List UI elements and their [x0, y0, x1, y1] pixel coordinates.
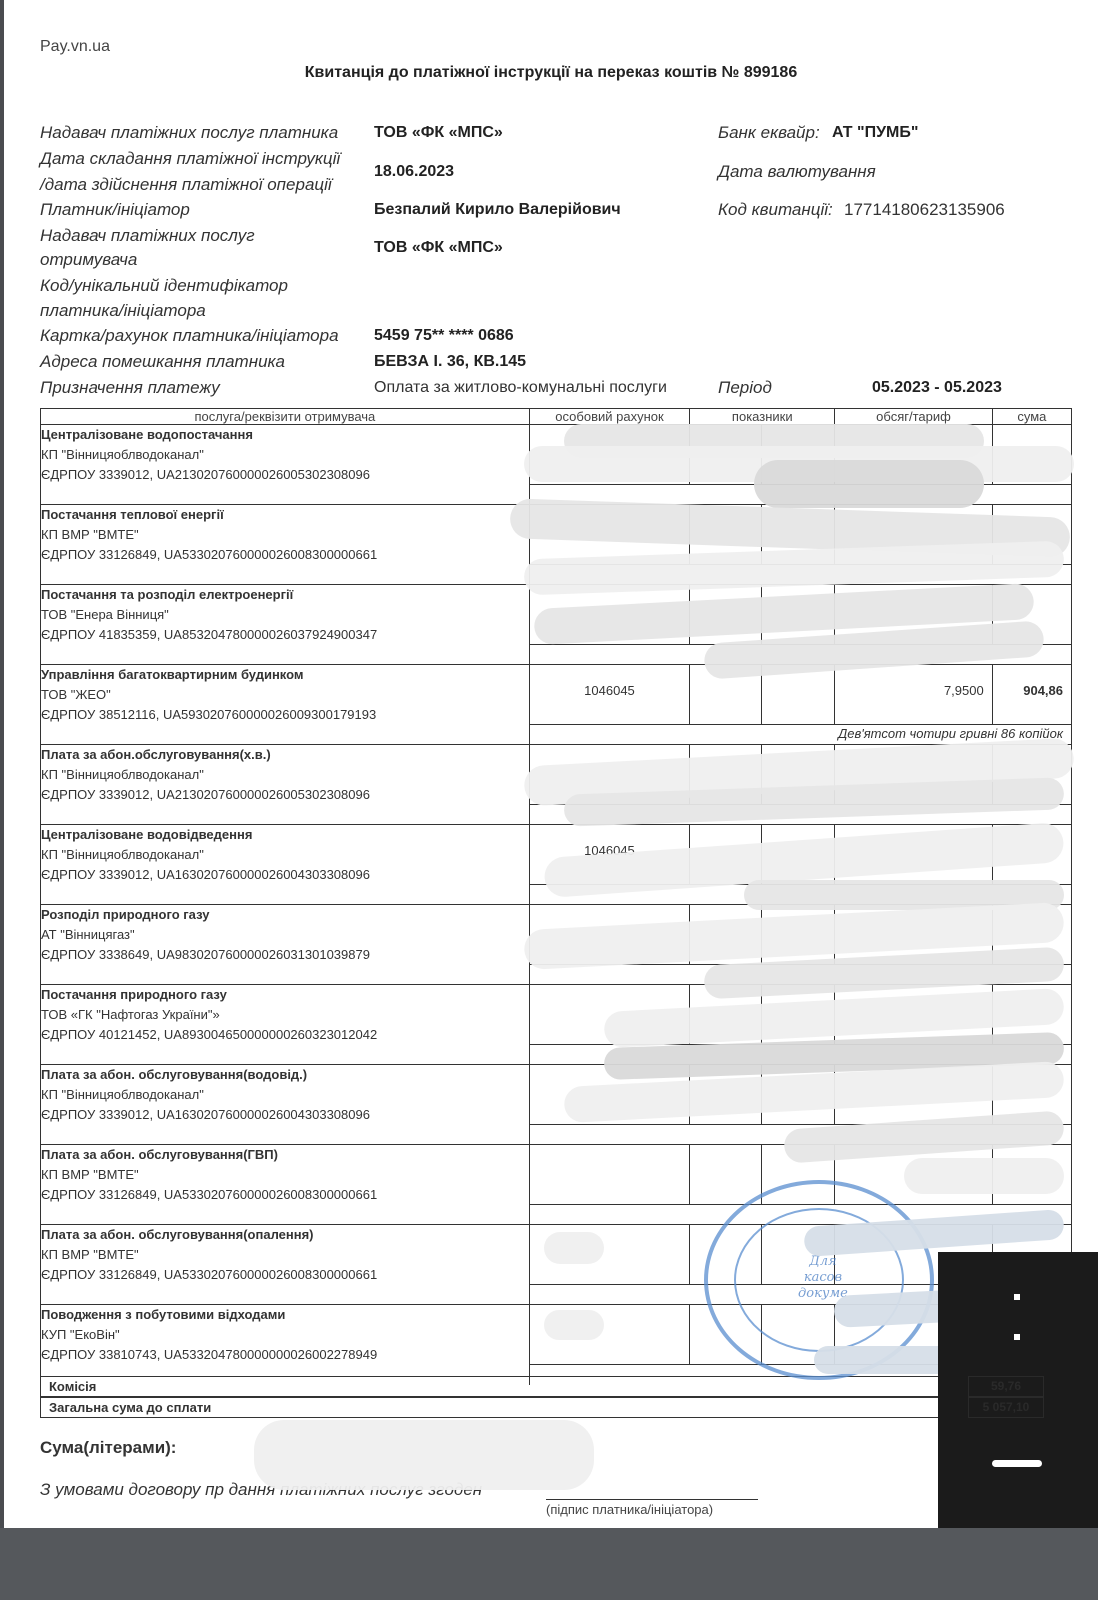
table-row: Управління багатоквартирним будинкомТОВ … — [41, 665, 1072, 725]
home-indicator[interactable] — [992, 1460, 1042, 1467]
account-cell: 1046045 — [529, 665, 690, 725]
recipient-psp-label-2: отримувача — [40, 247, 137, 273]
service-details: ЄДРПОУ 33126849, UA533020760000026008300… — [41, 1265, 529, 1285]
recipient-psp-value: ТОВ «ФК «МПС» — [374, 235, 503, 261]
col-account: особовий рахунок — [529, 409, 690, 425]
service-name: Плата за абон. обслуговування(водовід.) — [41, 1065, 529, 1085]
commission-row: Комісія — [40, 1376, 1072, 1397]
acquirer-label: Банк еквайр: — [718, 120, 820, 146]
service-details: ЄДРПОУ 3339012, UA2130207600000260053023… — [41, 465, 529, 485]
service-org: КП "Вінницяоблводоканал" — [41, 845, 529, 865]
overlay-dot — [1014, 1334, 1020, 1340]
purpose-value: Оплата за житлово-комунальні послуги — [374, 375, 667, 401]
service-cell: Централізоване водопостачанняКП "Вінниця… — [41, 425, 530, 505]
col-service: послуга/реквізити отримувача — [41, 409, 530, 425]
card-value: 5459 75** **** 0686 — [374, 323, 514, 349]
service-name: Постачання теплової енергії — [41, 505, 529, 525]
signature-line — [546, 1499, 758, 1500]
service-cell: Плата за абон. обслуговування(ГВП)КП ВМР… — [41, 1145, 530, 1225]
receipt-page: Pay.vn.ua Квитанція до платіжної інструк… — [4, 0, 1098, 1528]
service-name: Централізоване водопостачання — [41, 425, 529, 445]
col-tariff: обсяг/тариф — [835, 409, 992, 425]
service-cell: Плата за абон.обслуговування(х.в.)КП "Ві… — [41, 745, 530, 825]
bottom-bar — [0, 1528, 1098, 1600]
recipient-psp-label-1: Надавач платіжних послуг — [40, 223, 255, 249]
service-cell: Плата за абон. обслуговування(опалення)К… — [41, 1225, 530, 1305]
service-org: КУП "ЕкоВін" — [41, 1325, 529, 1345]
sum-cell: 904,86 — [992, 665, 1071, 725]
service-details: ЄДРПОУ 33126849, UA533020760000026008300… — [41, 545, 529, 565]
redaction-smear — [544, 1232, 604, 1264]
service-details: ЄДРПОУ 3338649, UA9830207600000260313010… — [41, 945, 529, 965]
service-org: КП "Вінницяоблводоканал" — [41, 1085, 529, 1105]
service-details: ЄДРПОУ 3339012, UA1630207600000260043033… — [41, 1105, 529, 1125]
service-details: ЄДРПОУ 33810743, UA533204780000000026002… — [41, 1345, 529, 1365]
service-name: Плата за абон. обслуговування(ГВП) — [41, 1145, 529, 1165]
redaction-smear — [254, 1420, 594, 1490]
service-org: КП "Вінницяоблводоканал" — [41, 765, 529, 785]
period-value: 05.2023 - 05.2023 — [872, 375, 1002, 401]
sum-words-label: Сума(літерами): — [40, 1438, 176, 1458]
tariff-cell: 7,9500 — [835, 665, 992, 725]
redaction-smear — [754, 460, 984, 508]
account-cell — [529, 1145, 690, 1205]
payer-value: Безпалий Кирило Валерійович — [374, 197, 621, 223]
service-org: АТ "Вінницягаз" — [41, 925, 529, 945]
service-org: ТОВ "Енера Вінниця" — [41, 605, 529, 625]
signature-caption: (підпис платника/ініціатора) — [546, 1502, 713, 1517]
service-details: ЄДРПОУ 40121452, UA893004650000000260323… — [41, 1025, 529, 1045]
service-name: Постачання природного газу — [41, 985, 529, 1005]
value-date-label: Дата валютування — [718, 159, 876, 185]
payer-psp-label: Надавач платіжних послуг платника — [40, 120, 338, 146]
service-name: Поводження з побутовими відходами — [41, 1305, 529, 1325]
service-name: Плата за абон. обслуговування(опалення) — [41, 1225, 529, 1245]
receipt-code-value: 17714180623135906 — [844, 197, 1005, 223]
table-header: послуга/реквізити отримувача особовий ра… — [41, 409, 1072, 425]
service-name: Постачання та розподіл електроенергії — [41, 585, 529, 605]
receipt-code-label: Код квитанції: — [718, 197, 833, 223]
service-cell: Поводження з побутовими відходамиКУП "Ек… — [41, 1305, 530, 1385]
brand-label: Pay.vn.ua — [40, 38, 110, 56]
commission-label: Комісія — [49, 1379, 96, 1394]
date-value: 18.06.2023 — [374, 159, 454, 185]
service-cell: Розподіл природного газуАТ "Вінницягаз"Є… — [41, 905, 530, 985]
acquirer-value: АТ "ПУМБ" — [832, 120, 918, 146]
service-details: ЄДРПОУ 3339012, UA2130207600000260053023… — [41, 785, 529, 805]
service-details: ЄДРПОУ 33126849, UA533020760000026008300… — [41, 1185, 529, 1205]
date-label-1: Дата складання платіжної інструкції — [40, 146, 340, 172]
service-cell: Централізоване водовідведенняКП "Вінниця… — [41, 825, 530, 905]
service-org: КП ВМР "ВМТЕ" — [41, 1245, 529, 1265]
receipt-title: Квитанція до платіжної інструкції на пер… — [4, 64, 1098, 82]
address-label: Адреса помешкання платника — [40, 349, 285, 375]
service-org: КП ВМР "ВМТЕ" — [41, 525, 529, 545]
service-details: ЄДРПОУ 3339012, UA1630207600000260043033… — [41, 865, 529, 885]
service-name: Централізоване водовідведення — [41, 825, 529, 845]
service-org: ТОВ «ГК "Нафтогаз України"» — [41, 1005, 529, 1025]
service-cell: Управління багатоквартирним будинкомТОВ … — [41, 665, 530, 745]
service-org: ТОВ "ЖЕО" — [41, 685, 529, 705]
service-cell: Постачання та розподіл електроенергіїТОВ… — [41, 585, 530, 665]
period-label: Період — [718, 375, 772, 401]
total-value: 5 057,10 — [968, 1397, 1044, 1418]
payer-id-label-2: платника/ініціатора — [40, 298, 206, 324]
payer-psp-value: ТОВ «ФК «МПС» — [374, 120, 503, 146]
reading-prev-cell — [690, 1145, 762, 1205]
stamp-text: Для касов докуме — [798, 1254, 848, 1302]
payer-id-label-1: Код/унікальний ідентифікатор — [40, 273, 288, 299]
total-label: Загальна сума до сплати — [49, 1400, 211, 1415]
redaction-smear — [544, 1310, 604, 1340]
service-cell: Постачання природного газуТОВ «ГК "Нафто… — [41, 985, 530, 1065]
col-sum: сума — [992, 409, 1071, 425]
service-details: ЄДРПОУ 38512116, UA593020760000026009300… — [41, 705, 529, 725]
service-cell: Постачання теплової енергіїКП ВМР "ВМТЕ"… — [41, 505, 530, 585]
service-cell: Плата за абон. обслуговування(водовід.)К… — [41, 1065, 530, 1145]
address-value: БЕВЗА І. 36, КВ.145 — [374, 349, 526, 375]
col-readings: показники — [690, 409, 835, 425]
service-name: Розподіл природного газу — [41, 905, 529, 925]
service-name: Плата за абон.обслуговування(х.в.) — [41, 745, 529, 765]
service-org: КП "Вінницяоблводоканал" — [41, 445, 529, 465]
purpose-label: Призначення платежу — [40, 375, 220, 401]
service-org: КП ВМР "ВМТЕ" — [41, 1165, 529, 1185]
payer-label: Платник/ініціатор — [40, 197, 190, 223]
total-row: Загальна сума до сплати — [40, 1397, 1072, 1418]
overlay-dot — [1014, 1294, 1020, 1300]
service-name: Управління багатоквартирним будинком — [41, 665, 529, 685]
commission-value: 59,76 — [968, 1376, 1044, 1397]
card-label: Картка/рахунок платника/ініціатора — [40, 323, 339, 349]
date-label-2: /дата здійснення платіжної операції — [40, 172, 332, 198]
service-details: ЄДРПОУ 41835359, UA853204780000026037924… — [41, 625, 529, 645]
redaction-smear — [904, 1158, 1064, 1194]
